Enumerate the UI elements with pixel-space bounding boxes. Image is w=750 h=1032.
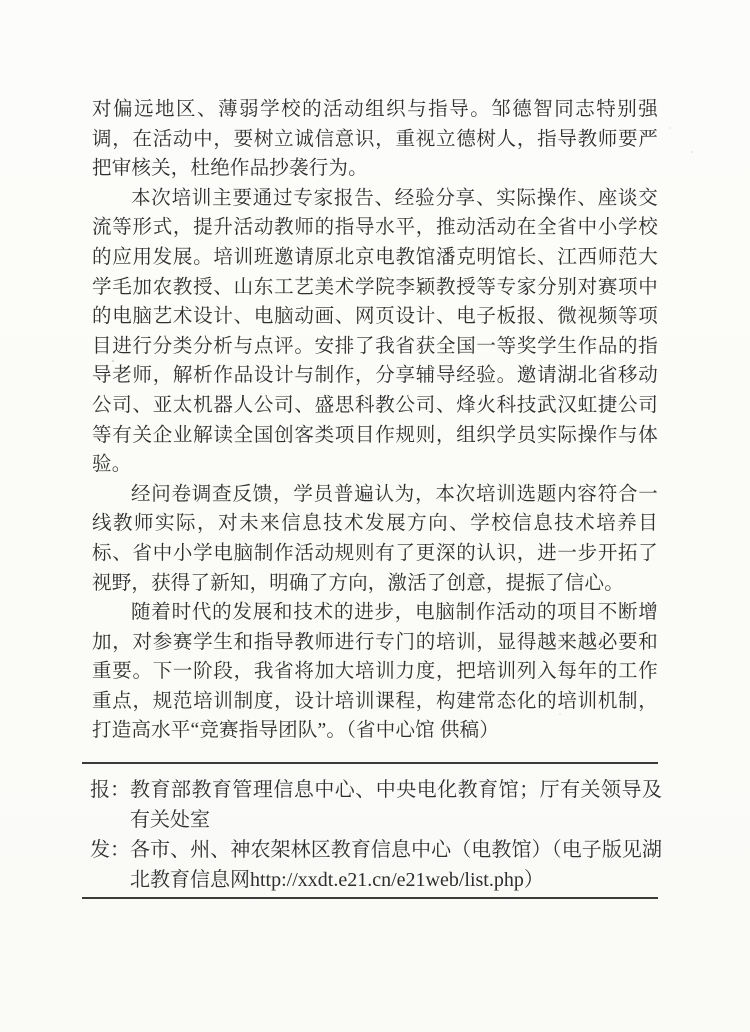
body-paragraph: 经问卷调查反馈，学员普遍认为，本次培训选题内容符合一线教师实际，对未来信息技术发…: [92, 480, 658, 598]
distribution-row-issue: 发： 各市、州、神农架林区教育信息中心（电教馆）（电子版见湖北教育信息网http…: [90, 835, 662, 895]
body-paragraph: 对偏远地区、薄弱学校的活动组织与指导。邹德智同志特别强调，在活动中，要树立诚信意…: [92, 95, 658, 184]
distribution-list: 报： 教育部教育管理信息中心、中央电化教育馆；厅有关领导及有关处室 发： 各市、…: [90, 775, 662, 895]
body-paragraph: 本次培训主要通过专家报告、经验分享、实际操作、座谈交流等形式，提升活动教师的指导…: [92, 184, 658, 480]
distribution-divider-bottom: [82, 897, 658, 899]
distribution-text: 教育部教育管理信息中心、中央电化教育馆；厅有关领导及有关处室: [130, 775, 662, 835]
document-body: 对偏远地区、薄弱学校的活动组织与指导。邹德智同志特别强调，在活动中，要树立诚信意…: [92, 95, 658, 746]
scanned-document-page: 对偏远地区、薄弱学校的活动组织与指导。邹德智同志特别强调，在活动中，要树立诚信意…: [0, 0, 750, 1032]
distribution-row-report: 报： 教育部教育管理信息中心、中央电化教育馆；厅有关领导及有关处室: [90, 775, 662, 835]
body-paragraph: 随着时代的发展和技术的进步，电脑制作活动的项目不断增加，对参赛学生和指导教师进行…: [92, 598, 658, 746]
distribution-label: 报：: [90, 775, 130, 805]
distribution-label: 发：: [90, 835, 130, 865]
distribution-divider-top: [82, 762, 658, 764]
distribution-text: 各市、州、神农架林区教育信息中心（电教馆）（电子版见湖北教育信息网http://…: [130, 835, 662, 895]
